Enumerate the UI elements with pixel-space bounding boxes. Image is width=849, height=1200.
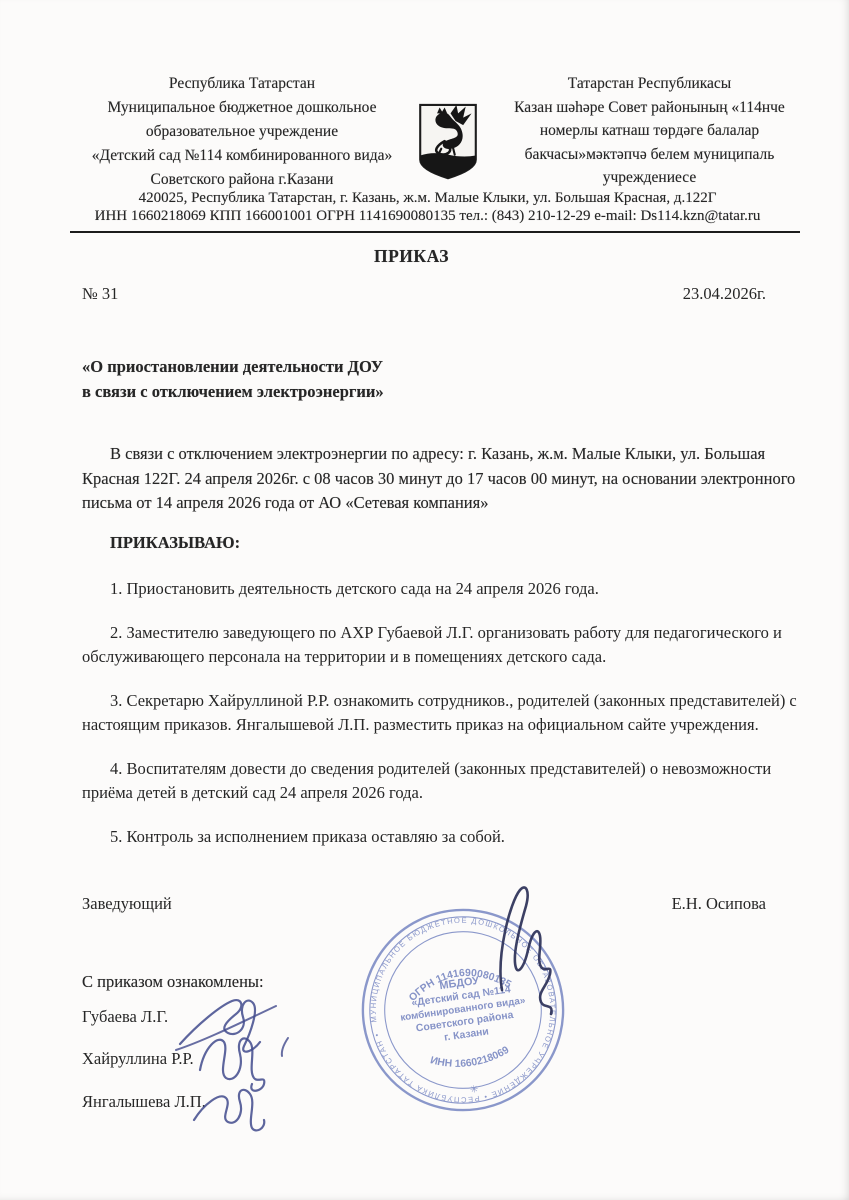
subject-line: «О приостановлении деятельности ДОУ <box>82 355 384 380</box>
order-item: 5. Контроль за исполнением приказа остав… <box>82 825 798 850</box>
order-preamble: В связи с отключением электроэнергии по … <box>82 442 798 516</box>
signer-position: Заведующий <box>82 894 172 914</box>
letterhead-contacts: 420025, Республика Татарстан, г. Казань,… <box>24 189 831 225</box>
official-round-seal: МУНИЦИПАЛЬНОЕ БЮДЖЕТНОЕ ДОШКОЛЬНОЕ ОБРАЗ… <box>338 885 589 1136</box>
acknowledged-label: С приказом ознакомлены: <box>82 972 264 992</box>
subject-line: в связи с отключением электроэнергии» <box>82 380 384 405</box>
order-item: 1. Приостановить деятельность детского с… <box>82 577 798 602</box>
order-item: 2. Заместителю заведующего по АХР Губаев… <box>82 621 798 670</box>
document-title: ПРИКАЗ <box>0 246 823 267</box>
order-date: 23.04.2026г. <box>683 284 766 304</box>
letterhead-line: Татарстан Республикасы <box>500 72 799 96</box>
person-name: Янгалышева Л.П. <box>82 1092 206 1111</box>
letterhead-line: «Детский сад №114 комбинированного вида» <box>88 144 396 168</box>
scanned-order-document: Республика Татарстан Муниципальное бюдже… <box>0 0 849 1200</box>
person-name: Хайруллина Р.Р. <box>82 1049 194 1068</box>
letterhead-russian: Республика Татарстан Муниципальное бюдже… <box>88 72 396 192</box>
order-number: № 31 <box>82 284 118 304</box>
order-item: 4. Воспитателям довести до сведения роди… <box>82 757 798 806</box>
seal-asterisk-icon: ✳ <box>469 1084 479 1096</box>
letterhead-line: Республика Татарстан <box>88 72 396 96</box>
letterhead-divider <box>70 231 800 233</box>
order-items: 1. Приостановить деятельность детского с… <box>82 577 798 868</box>
letterhead-line: Казан шәһәре Совет районының «114нче <box>500 96 799 120</box>
requisites-line: ИНН 1660218069 КПП 166001001 ОГРН 114169… <box>24 207 831 225</box>
khayrullina-signature <box>178 1022 306 1096</box>
acknowledged-person: Хайруллина Р.Р. <box>82 1049 194 1069</box>
letterhead-line: учреждениесе <box>500 166 799 190</box>
letterhead-line: номерлы катнаш төрдәге балалар <box>500 119 799 143</box>
letterhead-line: Муниципальное бюджетное дошкольное <box>88 96 396 120</box>
order-subject: «О приостановлении деятельности ДОУ в св… <box>82 355 384 404</box>
signer-name: Е.Н. Осипова <box>672 894 766 914</box>
command-word: ПРИКАЗЫВАЮ: <box>110 533 240 553</box>
order-item: 3. Секретарю Хайруллиной Р.Р. ознакомить… <box>82 689 798 738</box>
address-line: 420025, Республика Татарстан, г. Казань,… <box>24 189 831 207</box>
letterhead-line: образовательное учреждение <box>88 120 396 144</box>
letterhead: Республика Татарстан Муниципальное бюдже… <box>88 72 799 192</box>
kazan-zilant-coat-of-arms-icon <box>396 72 500 182</box>
acknowledged-person: Губаева Л.Г. <box>82 1007 168 1027</box>
seal-inn-text: ИНН 1660218069 <box>428 1044 513 1075</box>
letterhead-line: бакчасы»мәктәпчә белем муниципаль <box>500 143 799 167</box>
letterhead-tatar: Татарстан Республикасы Казан шәһәре Сове… <box>500 72 799 190</box>
person-name: Губаева Л.Г. <box>82 1007 168 1026</box>
acknowledged-person: Янгалышева Л.П. <box>82 1092 206 1112</box>
